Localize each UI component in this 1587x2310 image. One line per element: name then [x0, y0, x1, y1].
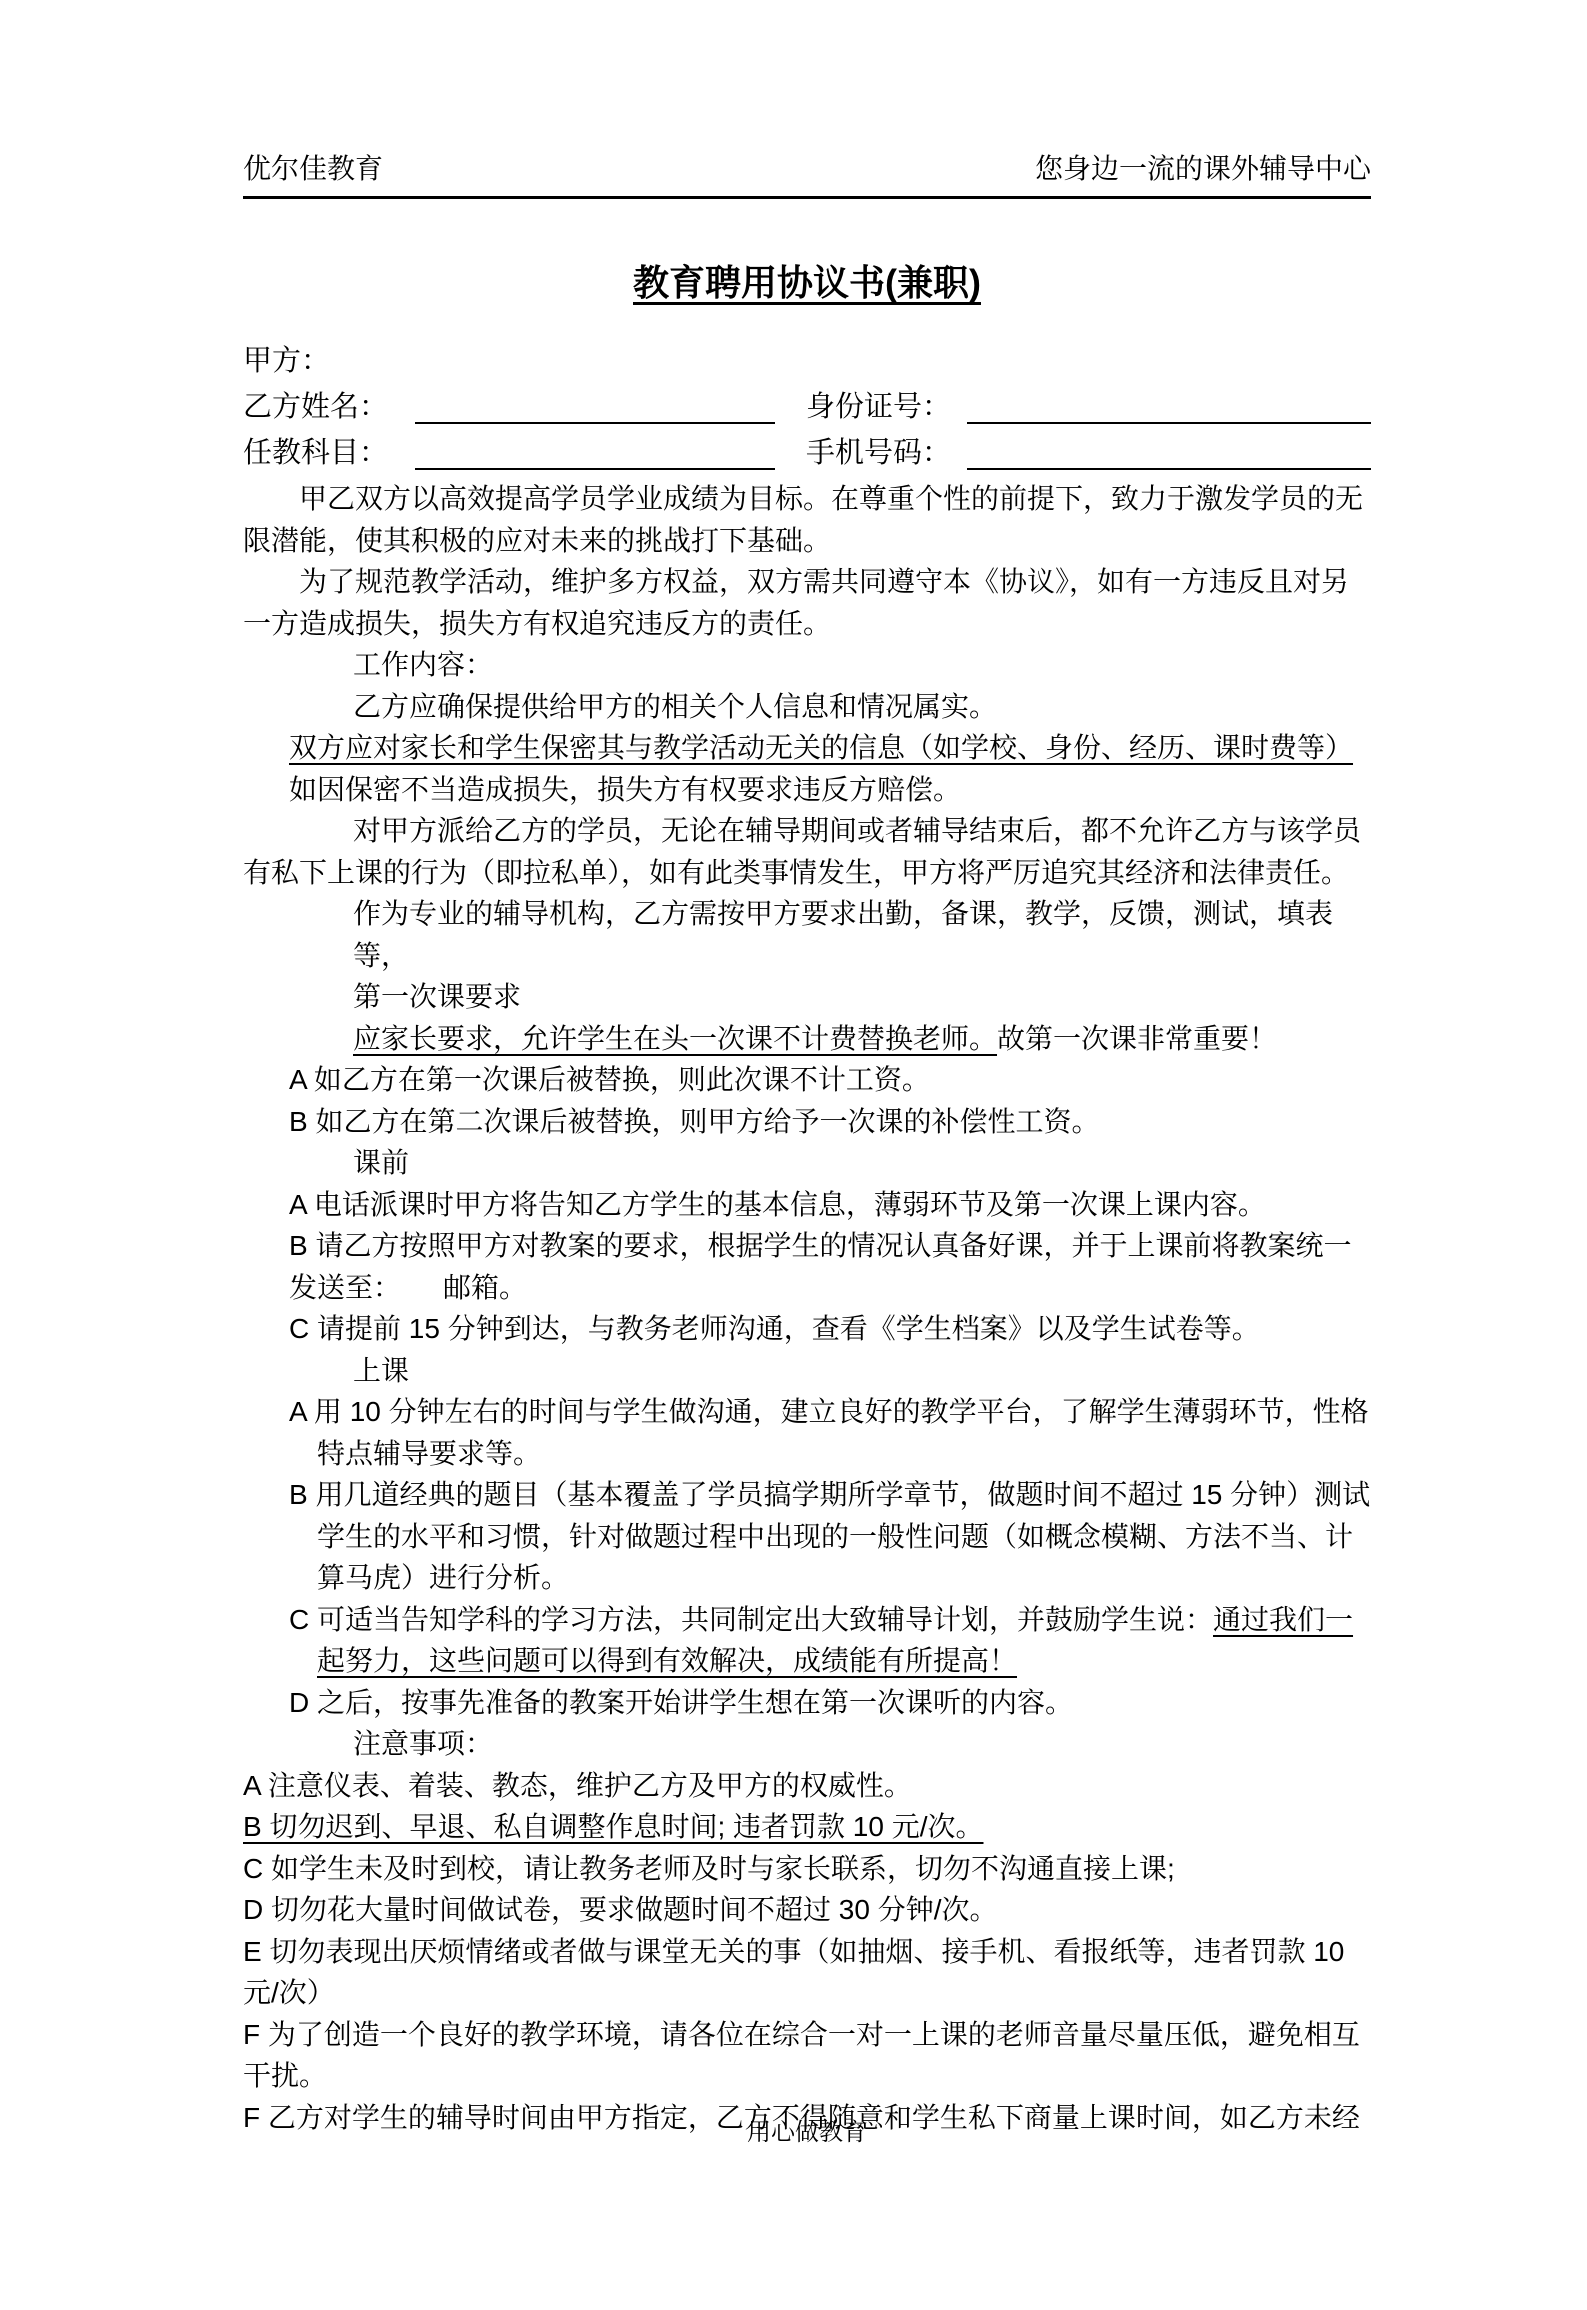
text-run: 甲乙双方以高效提高学员学业成绩为目标。在尊重个性的前提下，致力于激发学员的无限潜…: [243, 483, 1363, 556]
page-header: 优尔佳教育 您身边一流的课外辅导中心: [243, 150, 1371, 199]
document-title: 教育聘用协议书(兼职): [243, 255, 1371, 306]
paragraph: A 如乙方在第一次课后被替换，则此次课不计工资。: [243, 1059, 1371, 1101]
paragraph: 应家长要求，允许学生在头一次课不计费替换老师。故第一次课非常重要！: [243, 1018, 1371, 1060]
text-run: D 之后，按事先准备的教案开始讲学生想在第一次课听的内容。: [289, 1687, 1073, 1718]
paragraph: 第一次课要求: [243, 976, 1371, 1018]
text-run: A 注意仪表、着装、教态，维护乙方及甲方的权威性。: [243, 1770, 912, 1801]
text-run: 故第一次课非常重要！: [997, 1023, 1277, 1054]
paragraph: D 之后，按事先准备的教案开始讲学生想在第一次课听的内容。: [243, 1682, 1371, 1724]
text-run: C 请提前 15 分钟到达，与教务老师沟通，查看《学生档案》以及学生试卷等。: [289, 1313, 1260, 1344]
paragraph: 课前: [243, 1142, 1371, 1184]
paragraph: C 如学生未及时到校，请让教务老师及时与家长联系，切勿不沟通直接上课;: [243, 1848, 1371, 1890]
paragraph: 上课: [243, 1350, 1371, 1392]
text-run: A 电话派课时甲方将告知乙方学生的基本信息，薄弱环节及第一次课上课内容。: [289, 1189, 1266, 1220]
party-b-name-blank-field: [415, 384, 775, 424]
paragraph: B 切勿迟到、早退、私自调整作息时间; 违者罚款 10 元/次。: [243, 1806, 1371, 1848]
text-run: B 如乙方在第二次课后被替换，则甲方给予一次课的补偿性工资。: [289, 1106, 1099, 1137]
party-b-name-label: 乙方姓名：: [243, 391, 388, 424]
text-run: A 用 10 分钟左右的时间与学生做沟通，建立良好的教学平台，了解学生薄弱环节，…: [289, 1396, 1369, 1469]
header-right-text: 您身边一流的课外辅导中心: [1035, 150, 1371, 188]
paragraph: A 用 10 分钟左右的时间与学生做沟通，建立良好的教学平台，了解学生薄弱环节，…: [243, 1391, 1371, 1474]
text-run: C 可适当告知学科的学习方法，共同制定出大致辅导计划，并鼓励学生说：: [289, 1604, 1213, 1635]
text-run: 课前: [353, 1147, 409, 1178]
paragraph: A 电话派课时甲方将告知乙方学生的基本信息，薄弱环节及第一次课上课内容。: [243, 1184, 1371, 1226]
fill-in-form: 甲方： 乙方姓名： 身份证号： 任教科目： 手机号码：: [243, 332, 1371, 470]
phone-blank-field: [967, 430, 1371, 470]
page-footer: 用心做教育: [243, 2112, 1371, 2147]
paragraph: 工作内容：: [243, 644, 1371, 686]
text-run: 乙方应确保提供给甲方的相关个人信息和情况属实。: [353, 691, 997, 722]
text-run: 为了规范教学活动，维护多方权益，双方需共同遵守本《协议》，如有一方违反且对另一方…: [243, 566, 1349, 639]
underlined-text: 应家长要求，允许学生在头一次课不计费替换老师。: [353, 1023, 997, 1054]
id-number-label: 身份证号：: [806, 391, 951, 424]
subject-blank-field: [415, 430, 775, 470]
text-run: 如因保密不当造成损失，损失方有权要求违反方赔偿。: [289, 774, 961, 805]
text-run: F 为了创造一个良好的教学环境，请各位在综合一对一上课的老师音量尽量压低，避免相…: [243, 2019, 1360, 2092]
paragraph: A 注意仪表、着装、教态，维护乙方及甲方的权威性。: [243, 1765, 1371, 1807]
text-run: 第一次课要求: [353, 981, 521, 1012]
paragraph: E 切勿表现出厌烦情绪或者做与课堂无关的事（如抽烟、接手机、看报纸等，违者罚款 …: [243, 1931, 1371, 2014]
text-run: 注意事项：: [353, 1728, 493, 1759]
paragraph: 对甲方派给乙方的学员，无论在辅导期间或者辅导结束后，都不允许乙方与该学员有私下上…: [243, 810, 1371, 893]
subject-label: 任教科目：: [243, 437, 388, 470]
text-run: 上课: [353, 1355, 409, 1386]
document-body: 甲乙双方以高效提高学员学业成绩为目标。在尊重个性的前提下，致力于激发学员的无限潜…: [243, 478, 1371, 2138]
text-run: 作为专业的辅导机构，乙方需按甲方要求出勤，备课，教学，反馈，测试，填表等，: [353, 898, 1333, 971]
paragraph: 为了规范教学活动，维护多方权益，双方需共同遵守本《协议》，如有一方违反且对另一方…: [243, 561, 1371, 644]
text-run: E 切勿表现出厌烦情绪或者做与课堂无关的事（如抽烟、接手机、看报纸等，违者罚款 …: [243, 1936, 1344, 2009]
paragraph: 作为专业的辅导机构，乙方需按甲方要求出勤，备课，教学，反馈，测试，填表等，: [243, 893, 1371, 976]
paragraph: 甲乙双方以高效提高学员学业成绩为目标。在尊重个性的前提下，致力于激发学员的无限潜…: [243, 478, 1371, 561]
paragraph: B 用几道经典的题目（基本覆盖了学员搞学期所学章节，做题时间不超过 15 分钟）…: [243, 1474, 1371, 1599]
text-run: D 切勿花大量时间做试卷，要求做题时间不超过 30 分钟/次。: [243, 1894, 998, 1925]
underlined-text: 双方应对家长和学生保密其与教学活动无关的信息（如学校、身份、经历、课时费等）: [289, 732, 1353, 763]
paragraph: 双方应对家长和学生保密其与教学活动无关的信息（如学校、身份、经历、课时费等）如因…: [243, 727, 1371, 810]
header-left-text: 优尔佳教育: [243, 150, 383, 188]
party-a-label: 甲方：: [243, 345, 330, 378]
phone-label: 手机号码：: [806, 437, 951, 470]
text-run: 工作内容：: [353, 649, 493, 680]
party-a-row: 甲方：: [243, 332, 1371, 378]
form-row: 任教科目： 手机号码：: [243, 424, 1371, 470]
text-run: 对甲方派给乙方的学员，无论在辅导期间或者辅导结束后，都不允许乙方与该学员有私下上…: [243, 815, 1361, 888]
underlined-text: B 切勿迟到、早退、私自调整作息时间; 违者罚款 10 元/次。: [243, 1811, 984, 1842]
document-page: 优尔佳教育 您身边一流的课外辅导中心 教育聘用协议书(兼职) 甲方： 乙方姓名：…: [0, 0, 1587, 2310]
paragraph: C 可适当告知学科的学习方法，共同制定出大致辅导计划，并鼓励学生说：通过我们一起…: [243, 1599, 1371, 1682]
paragraph: B 请乙方按照甲方对教案的要求，根据学生的情况认真备好课，并于上课前将教案统一发…: [243, 1225, 1371, 1308]
text-run: C 如学生未及时到校，请让教务老师及时与家长联系，切勿不沟通直接上课;: [243, 1853, 1175, 1884]
paragraph: F 为了创造一个良好的教学环境，请各位在综合一对一上课的老师音量尽量压低，避免相…: [243, 2014, 1371, 2097]
id-number-blank-field: [967, 384, 1371, 424]
text-run: A 如乙方在第一次课后被替换，则此次课不计工资。: [289, 1064, 930, 1095]
form-row: 乙方姓名： 身份证号：: [243, 378, 1371, 424]
paragraph: B 如乙方在第二次课后被替换，则甲方给予一次课的补偿性工资。: [243, 1101, 1371, 1143]
text-run: B 用几道经典的题目（基本覆盖了学员搞学期所学章节，做题时间不超过 15 分钟）…: [289, 1479, 1370, 1593]
paragraph: 乙方应确保提供给甲方的相关个人信息和情况属实。: [243, 686, 1371, 728]
paragraph: C 请提前 15 分钟到达，与教务老师沟通，查看《学生档案》以及学生试卷等。: [243, 1308, 1371, 1350]
text-run: B 请乙方按照甲方对教案的要求，根据学生的情况认真备好课，并于上课前将教案统一发…: [289, 1230, 1351, 1303]
paragraph: D 切勿花大量时间做试卷，要求做题时间不超过 30 分钟/次。: [243, 1889, 1371, 1931]
paragraph: 注意事项：: [243, 1723, 1371, 1765]
